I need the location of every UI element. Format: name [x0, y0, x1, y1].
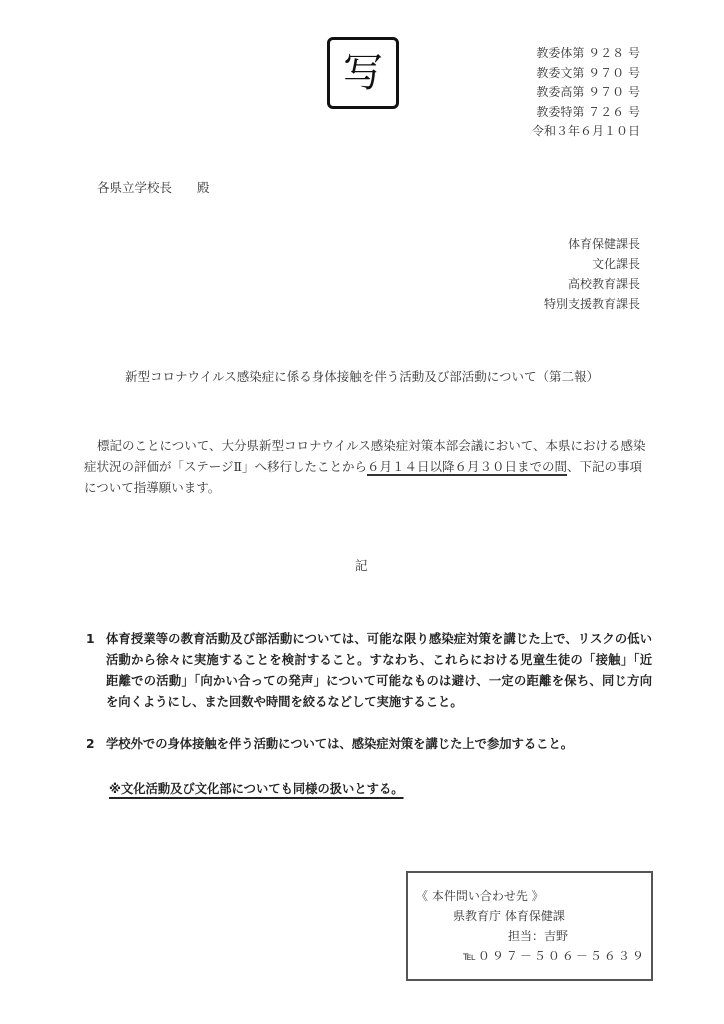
contact-box: 《 本件問い合わせ先 》 県教育庁 体育保健課 担当：吉野 ℡０９７－５０６－５… [406, 871, 653, 981]
copy-stamp: 写 [327, 37, 399, 109]
copy-stamp-icon: 写 [343, 53, 383, 93]
sender: 体育保健課長 [480, 234, 640, 254]
list-item: 2 学校外での身体接触を伴う活動については、感染症対策を講じた上で参加すること。 [86, 734, 652, 755]
ki-heading: 記 [355, 556, 368, 574]
list-item: 1 体育授業等の教育活動及び部活動については、可能な限り感染症対策を講じた上で、… [86, 629, 652, 713]
reference-number: 教委特第 ７２６ 号 [500, 103, 640, 123]
sender: 高校教育課長 [480, 274, 640, 294]
addressee: 各県立学校長 殿 [97, 178, 210, 196]
reference-number: 教委高第 ９７０ 号 [500, 83, 640, 103]
item-list: 1 体育授業等の教育活動及び部活動については、可能な限り感染症対策を講じた上で、… [86, 629, 652, 776]
item-number: 1 [86, 629, 106, 713]
item-number: 2 [86, 734, 106, 755]
sender-block: 体育保健課長 文化課長 高校教育課長 特別支援教育課長 [480, 234, 640, 314]
reference-number: 教委体第 ９２８ 号 [500, 44, 640, 64]
sender: 特別支援教育課長 [480, 294, 640, 314]
contact-heading: 《 本件問い合わせ先 》 [416, 887, 544, 904]
sender: 文化課長 [480, 254, 640, 274]
contact-person: 担当：吉野 [508, 927, 568, 944]
item-text: 体育授業等の教育活動及び部活動については、可能な限り感染症対策を講じた上で、リス… [106, 629, 652, 713]
document-title: 新型コロナウイルス感染症に係る身体接触を伴う活動及び部活動について（第二報） [80, 367, 644, 385]
contact-phone: ℡０９７－５０６－５６３９ [463, 947, 646, 964]
reference-block: 教委体第 ９２８ 号 教委文第 ９７０ 号 教委高第 ９７０ 号 教委特第 ７２… [500, 44, 640, 142]
item-text: 学校外での身体接触を伴う活動については、感染症対策を講じた上で参加すること。 [106, 734, 652, 755]
period-underlined: ６月１４日以降６月３０日までの間 [367, 459, 567, 474]
contact-department: 県教育庁 体育保健課 [453, 907, 565, 924]
note: ※文化活動及び文化部についても同様の扱いとする。 [109, 779, 404, 797]
reference-number: 教委文第 ９７０ 号 [500, 64, 640, 84]
intro-paragraph: 標記のことについて、大分県新型コロナウイルス感染症対策本部会議において、本県にお… [84, 435, 648, 498]
document-date: 令和３年６月１０日 [500, 122, 640, 142]
